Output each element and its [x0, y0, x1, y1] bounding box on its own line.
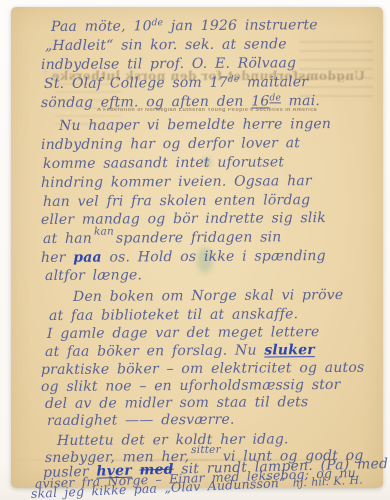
handwritten-line: Nu haaper vi bemeldte herre ingen — [59, 117, 331, 134]
handwritten-line: St. Olaf College som 17de maitaler — [44, 75, 308, 92]
handwritten-line: og slikt noe – en uforholdsmæssig stor — [41, 378, 341, 395]
handwritten-line: Paa möte, 10de jan 1926 instruerte — [51, 18, 318, 35]
handwritten-line: komme saasandt intet uforutset — [43, 155, 284, 172]
handwritten-line: indbydelse til prof. O. E. Rölvaag — [41, 56, 296, 73]
handwritten-line: del av de midler som staa til dets — [45, 395, 308, 412]
handwritten-line: söndag eftm. og aften den 16de mai. — [41, 94, 320, 111]
handwritten-line: „Hadleit“ sin kor. sek. at sende — [45, 37, 287, 54]
handwritten-line: altfor længe. — [45, 268, 142, 284]
handwritten-line: eller mandag og bör indrette sig slik — [41, 211, 326, 228]
handwritten-line: Den boken om Norge skal vi pröve — [73, 288, 343, 305]
handwriting-layer: Paa möte, 10de jan 1926 instruerte„Hadle… — [11, 7, 383, 488]
handwritten-line: han vel fri fra skolen enten lördag — [43, 193, 310, 210]
handwritten-line: Huttetu det er koldt her idag. — [57, 432, 289, 449]
handwritten-line: at faa böker en forslag. Nu sluker — [45, 343, 315, 360]
letter-paper: Ungdomsforbundet for den norsk lutherske… — [11, 7, 383, 488]
handwritten-line: hindring kommer iveien. Ogsaa har — [41, 174, 312, 191]
handwritten-line: her paa os. Hold os ikke i spænding — [41, 249, 326, 266]
handwritten-line: I gamle dage var det meget lettere — [47, 325, 320, 342]
handwritten-line: raadighet —— desværre. — [47, 413, 235, 430]
handwritten-line: at hankanspandere fridagen sin — [43, 230, 282, 247]
scanned-letter-photo: Ungdomsforbundet for den norsk lutherske… — [0, 0, 390, 500]
handwritten-line: at faa biblioteket til at anskaffe. — [49, 307, 298, 324]
handwritten-line: indbydning har og derfor lover at — [41, 136, 300, 153]
handwritten-line: praktiske böker – om elektricitet og aut… — [41, 361, 364, 379]
